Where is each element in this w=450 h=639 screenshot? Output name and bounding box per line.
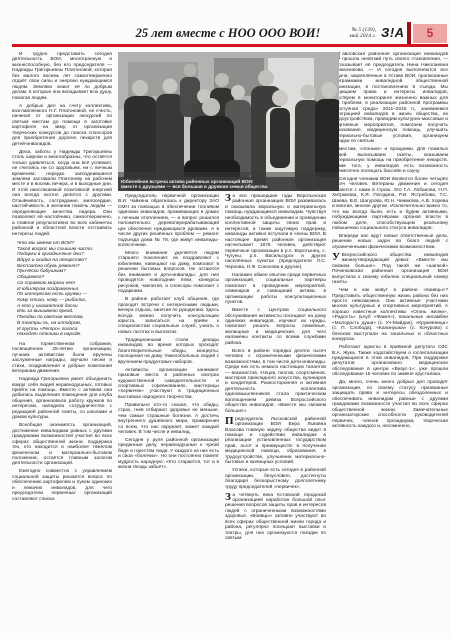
article-paragraph: Правильно кто-то сказал, что обиды, стра… (118, 403, 219, 436)
article-paragraph: Впереди нас ждут новые ответственные дел… (332, 234, 448, 250)
article-paragraph: Вместе с Центром социального обслуживани… (225, 308, 326, 346)
drop-cap: У (332, 253, 342, 262)
issue-info: № 5 (139), май 2014 г. (328, 27, 376, 40)
article-paragraph: У Всероссийского общества инвалидов жизн… (332, 253, 448, 286)
article-paragraph: Да, много, очень много добрых дел провод… (332, 380, 448, 429)
article-paragraph: Сегодня у руля районной организации пред… (118, 438, 219, 471)
article-paragraph: За четверть века Кстовской городской орг… (225, 493, 326, 542)
header-red-rule (12, 44, 448, 47)
text-column-4: Павловская районная организация инвалидо… (332, 52, 448, 632)
article-paragraph: Сегодня членами ВОИ являются более четыр… (332, 177, 448, 232)
article-paragraph: Много внимания уделяется людям старшего … (118, 251, 219, 295)
article-paragraph: И трудно представить сегодня деятельност… (12, 52, 112, 101)
article-paragraph: Всего в районе порядка десяти тысяч чело… (225, 349, 326, 414)
drop-cap: З (225, 493, 232, 502)
article-paragraph: Чем и как живут в районе «воивцы»? Предс… (332, 288, 448, 343)
poem-block: Что мы имеем от ВОИ?Такой вопрос мы слыш… (17, 241, 112, 338)
issue-date: май 2014 г. (328, 33, 376, 39)
article-paragraph: Павловская районная организация инвалидо… (332, 52, 448, 145)
poem-line: Находят отклики в народе. (17, 332, 112, 338)
drop-cap: З (225, 194, 232, 203)
article-paragraph: Успехи, которые есть сегодня в районной … (225, 468, 326, 490)
newspaper-page: 25 лет вместе с НОО ООО ВОИ! № 5 (139), … (0, 0, 450, 639)
newspaper-logo: З!А (381, 25, 405, 40)
article-paragraph: В районе работает клуб общения, где прох… (118, 297, 219, 335)
article-paragraph: Дела, заботы у Надежды Григорьевны столь… (12, 150, 112, 237)
article-paragraph: А добрых дел на счету коллектива, возгла… (12, 104, 112, 148)
article-paragraph: Традиционными стали декады инвалидов, во… (118, 338, 219, 365)
article-paragraph: Всеобщая значимость организаций, достиже… (12, 423, 112, 467)
article-paragraph: Налажен обмен опытом среди первичных орг… (225, 273, 326, 306)
text-column-1: И трудно представить сегодня деятельност… (12, 52, 112, 632)
article-paragraph: Ежегодно совместно с управлением социаль… (12, 469, 112, 502)
article-paragraph: За все прошедшие годы Воротынская районн… (225, 194, 326, 270)
article-paragraph: Председатель первичной организации В.И. … (118, 194, 219, 249)
group-photo-image (118, 52, 339, 191)
article-paragraph: Надежда Григорьевна умеет объединить вок… (12, 377, 112, 421)
photo-caption-line2: вместе с друзьями — вся большая и дружна… (121, 184, 336, 190)
article-paragraph: местам, «огоньки» и праздники. Для пожил… (332, 147, 448, 174)
article-paragraph: Работают юристы в приёмной депутата ОЗС … (332, 345, 448, 378)
article-paragraph: Председатель Лысковской районной организ… (225, 417, 326, 466)
group-photo: Юбилейная встреча актива районных органи… (118, 52, 339, 191)
drop-cap: П (225, 417, 235, 426)
photo-caption: Юбилейная встреча актива районных органи… (118, 177, 339, 191)
article-paragraph: Активисты организации занимают призовые … (118, 368, 219, 401)
page-title: 25 лет вместе с НОО ООО ВОИ! (118, 26, 338, 41)
article-paragraph: На торжественном собрании, посвящённом 2… (12, 342, 112, 375)
article-content: И трудно представить сегодня деятельност… (12, 52, 448, 632)
page-number-badge: 5 (413, 24, 447, 43)
